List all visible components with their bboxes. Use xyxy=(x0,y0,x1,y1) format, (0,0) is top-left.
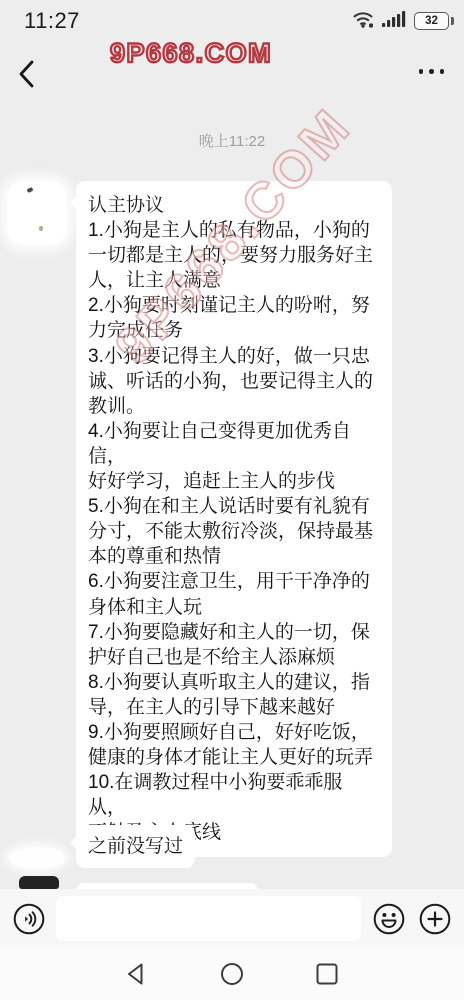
voice-icon xyxy=(15,905,44,934)
battery-tip xyxy=(451,17,454,25)
emoji-smile-icon xyxy=(375,905,404,934)
status-icons: 32 xyxy=(352,11,454,31)
nav-back-triangle-icon xyxy=(129,965,142,984)
nav-back-button[interactable] xyxy=(123,962,149,986)
nav-recents-button[interactable] xyxy=(314,962,340,986)
message-text: 之前没写过 xyxy=(88,834,183,859)
erase-speck xyxy=(39,226,43,231)
nav-recents-square-icon xyxy=(318,965,337,984)
bubble-tail xyxy=(69,196,83,210)
android-nav-bar xyxy=(0,947,464,1000)
message-text: 认主协议 1.小狗是主人的私有物品，小狗的 一切都是主人的，要努力服务好主 人，… xyxy=(88,193,380,845)
nav-home-circle-icon xyxy=(222,964,242,984)
message-input[interactable] xyxy=(56,896,361,941)
status-bar: 11:27 xyxy=(0,0,464,40)
input-bar xyxy=(0,889,464,947)
avatar-partial[interactable] xyxy=(19,876,59,889)
message-timestamp: 晚上11:22 xyxy=(0,130,464,151)
battery-level: 32 xyxy=(425,15,438,27)
avatar[interactable] xyxy=(9,847,65,869)
ellipsis-icon xyxy=(419,69,424,74)
more-button[interactable] xyxy=(417,65,447,78)
message-bubble[interactable]: 之前没写过 xyxy=(76,825,195,868)
voice-button[interactable] xyxy=(13,903,45,935)
wifi-icon xyxy=(352,9,376,34)
emoji-button[interactable] xyxy=(373,903,405,935)
chat-header xyxy=(0,55,464,97)
status-time: 11:27 xyxy=(24,8,80,34)
battery-icon: 32 xyxy=(414,12,449,30)
avatar[interactable] xyxy=(7,181,67,245)
message-bubble[interactable]: 认主协议 1.小狗是主人的私有物品，小狗的 一切都是主人的，要努力服务好主 人，… xyxy=(76,181,392,857)
attach-button[interactable] xyxy=(419,903,451,935)
bubble-tail xyxy=(69,836,83,850)
signal-icon xyxy=(382,9,408,34)
nav-home-button[interactable] xyxy=(219,962,245,986)
phone-screen: 11:27 xyxy=(0,0,464,1000)
back-button[interactable] xyxy=(15,58,41,90)
chevron-left-icon xyxy=(21,62,32,86)
